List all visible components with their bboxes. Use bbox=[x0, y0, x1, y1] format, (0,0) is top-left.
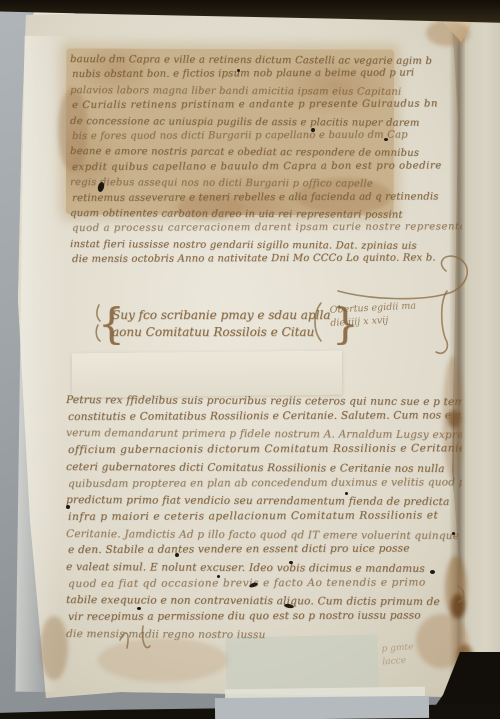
manuscript-line: officium gubernacionis dictorum Comitatu… bbox=[68, 440, 462, 458]
manuscript-line: nubis obstant bon. e fictios ipsum nob p… bbox=[72, 66, 462, 83]
ink-blot bbox=[66, 505, 70, 509]
ink-blot bbox=[452, 532, 455, 535]
manuscript-photograph: bauulo dm Capra e ville a retinens dictu… bbox=[0, 0, 500, 719]
ink-blot bbox=[289, 561, 293, 564]
manuscript-line: constitutis e Comitatibus Rossilionis e … bbox=[68, 407, 462, 425]
gray-card-bottom bbox=[215, 696, 429, 719]
manuscript-line: expdit quibus capellano e bauulo dm Capr… bbox=[72, 158, 462, 175]
rubric-heading: Suy fco scribanie pmay e sdau aplla aonu… bbox=[112, 307, 336, 341]
ink-blot bbox=[237, 69, 240, 72]
ink-blot bbox=[311, 128, 315, 132]
ink-blot bbox=[345, 492, 348, 495]
manuscript-line: quibusdam propterea en plan ab concedend… bbox=[68, 474, 462, 492]
ink-blot bbox=[217, 575, 220, 578]
manuscript-line: vir recepimus a permissione diu quo est … bbox=[68, 607, 462, 625]
manuscript-line: infra p maiori e ceteris apellacionum Co… bbox=[68, 507, 462, 525]
text-block-lower: Petrus rex ffidelibus suis procuribus re… bbox=[66, 392, 462, 644]
ink-blot bbox=[430, 570, 435, 574]
manuscript-line: die mensis octobris Anno a nativitate Dn… bbox=[72, 251, 462, 268]
manuscript-line: quod ea fiat qd occasione brevis e facto… bbox=[68, 574, 462, 592]
rubric-line: Suy fco scribanie pmay e sdau aplla bbox=[112, 307, 336, 324]
stain bbox=[426, 20, 470, 46]
ink-blot bbox=[137, 607, 141, 610]
manuscript-line: retinemus asseverare e teneri rebelles e… bbox=[72, 189, 462, 206]
ink-blot bbox=[384, 138, 388, 141]
ink-blot bbox=[175, 553, 179, 557]
rubric-line: aonu Comitatuu Rossilois e Citau bbox=[112, 324, 336, 341]
stain bbox=[98, 638, 228, 682]
manuscript-line: e den. Stabile a dantes vendere en essen… bbox=[68, 541, 462, 559]
manuscript-line: bis e fores quod nos dicti Burgarii p ca… bbox=[72, 127, 462, 144]
stain bbox=[40, 616, 68, 680]
manuscript-line: quod a processu carceracionem darent ips… bbox=[72, 220, 462, 237]
text-block-upper: bauulo dm Capra e ville a retinens dictu… bbox=[70, 52, 462, 270]
manuscript-line: e Curialis retinens pristinam e andante … bbox=[72, 96, 462, 113]
pasted-white-paper-strip bbox=[72, 351, 342, 398]
